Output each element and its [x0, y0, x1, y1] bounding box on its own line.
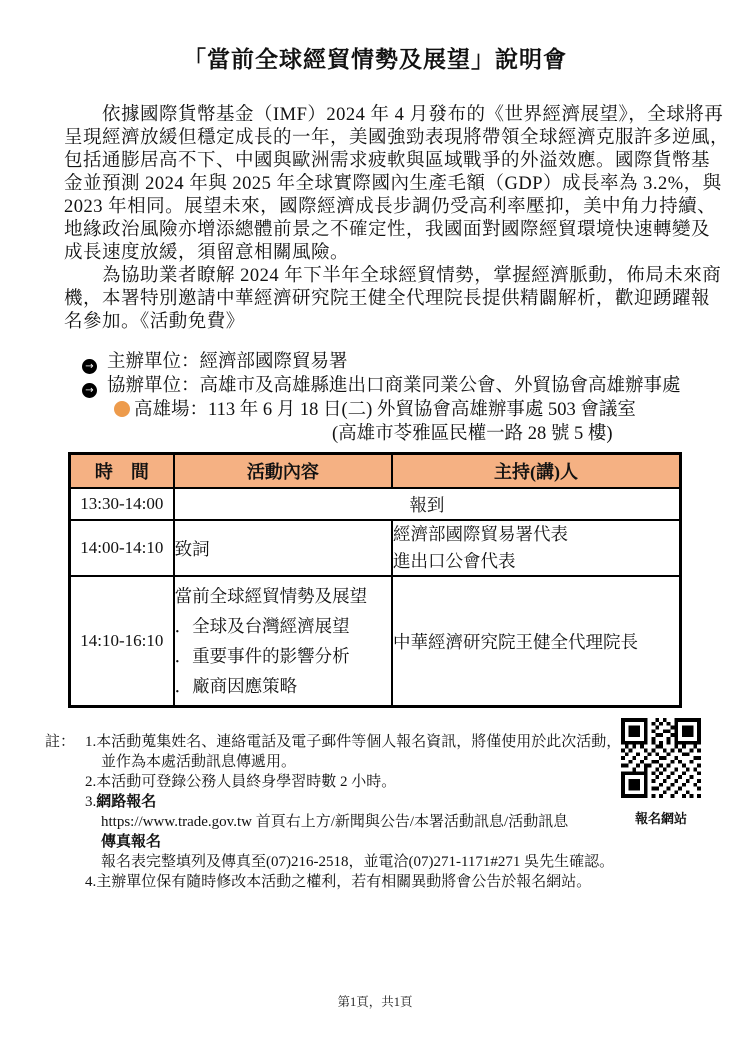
qr-label: 報名網站: [620, 808, 702, 827]
content-cell: 當前全球經貿情勢及展望 ．全球及台灣經濟展望 ．重要事件的影響分析 ．廠商因應策…: [174, 576, 392, 707]
page-title: 「當前全球經貿情勢及展望」說明會: [0, 0, 750, 76]
intro-paragraph: 依據國際貨幣基金（IMF）2024 年 4 月發布的《世界經濟展望》，全球將再 …: [64, 104, 688, 265]
agenda-row: 14:00-14:10 致詞 經濟部國際貿易署代表 進出口公會代表: [70, 520, 681, 576]
cohost-text: 協辦單位：高雄市及高雄縣進出口商業同業公會、外貿協會高雄辦事處: [107, 376, 681, 396]
qr-block: 報名網站: [620, 718, 702, 827]
paragraph-line: 地緣政治風險亦增添總體前景之不確定性，我國面對國際經貿環境快速轉變及: [64, 219, 688, 242]
speaker-cell: 中華經濟研究院王健全代理院長: [392, 576, 681, 707]
paragraph-line: 名參加。《活動免費》: [64, 311, 688, 334]
paragraph-line: 2023 年相同。展望未來，國際經濟成長步調仍受高利率壓抑，美中角力持續、: [64, 196, 688, 219]
note-line-1a: 1.本活動蒐集姓名、連絡電話及電子郵件等個人報名資訊，將僅使用於此次活動，: [85, 732, 705, 752]
content-cell: 致詞: [174, 520, 392, 576]
content-line: 當前全球經貿情勢及展望: [175, 581, 391, 611]
orange-dot-icon: [114, 401, 130, 417]
paragraph-line: 包括通膨居高不下、中國與歐洲需求疲軟與區域戰爭的外溢效應。國際貨幣基: [64, 150, 688, 173]
note-body: 1.本活動蒐集姓名、連絡電話及電子郵件等個人報名資訊，將僅使用於此次活動， 並作…: [85, 732, 705, 892]
speaker-line: 經濟部國際貿易署代表: [393, 521, 679, 548]
agenda-row: 14:10-16:10 當前全球經貿情勢及展望 ．全球及台灣經濟展望 ．重要事件…: [70, 576, 681, 707]
note-line-2: 2.本活動可登錄公務人員終身學習時數 2 小時。: [85, 772, 705, 792]
time-cell: 14:00-14:10: [70, 520, 174, 576]
note-line-1b: 並作為本處活動訊息傳遞用。: [85, 752, 705, 772]
document-body: 依據國際貨幣基金（IMF）2024 年 4 月發布的《世界經濟展望》，全球將再 …: [64, 104, 688, 708]
paragraph-line: 金並預測 2024 年與 2025 年全球實際國內生產毛額（GDP）成長率為 3…: [64, 173, 688, 196]
speaker-line: 進出口公會代表: [393, 548, 679, 575]
registration-url[interactable]: https://www.trade.gov.tw 首頁右上方/新聞與公告/本署活…: [85, 812, 705, 832]
agenda-header-time: 時 間: [70, 454, 174, 489]
page-footer: 第1頁，共1頁: [0, 992, 750, 1010]
merged-cell: 報到: [174, 488, 681, 520]
time-cell: 14:10-16:10: [70, 576, 174, 707]
content-line: ．重要事件的影響分析: [175, 641, 391, 671]
content-line: ．廠商因應策略: [175, 671, 391, 701]
note-line-4: 4.主辦單位保有隨時修改本活動之權利，若有相關異動將會公告於報名網站。: [85, 872, 705, 892]
speaker-cell: 經濟部國際貿易署代表 進出口公會代表: [392, 520, 681, 576]
agenda-header-speaker: 主持(講)人: [392, 454, 681, 489]
time-cell: 13:30-14:00: [70, 488, 174, 520]
note-line-3: 3.網路報名: [85, 792, 705, 812]
document-page: 「當前全球經貿情勢及展望」說明會 依據國際貨幣基金（IMF）2024 年 4 月…: [0, 0, 750, 1061]
paragraph-line: 機，本署特別邀請中華經濟研究院王健全代理院長提供精闢解析，歡迎踴躍報: [64, 288, 688, 311]
note-3-number: 3.: [85, 794, 96, 810]
paragraph-line: 成長速度放緩，須留意相關風險。: [64, 242, 688, 265]
note-label: 註：: [45, 732, 85, 892]
host-text: 主辦單位：經濟部國際貿易署: [107, 352, 348, 372]
info-cohost-line: →協辦單位：高雄市及高雄縣進出口商業同業公會、外貿協會高雄辦事處: [64, 374, 688, 398]
web-registration-title: 網路報名: [96, 794, 156, 810]
arrow-circle-icon: →: [82, 383, 97, 398]
paragraph-line: 呈現經濟放緩但穩定成長的一年，美國強勁表現將帶領全球經濟克服許多逆風，: [64, 127, 688, 150]
info-venue-line: 高雄場：113 年 6 月 18 日(二) 外貿協會高雄辦事處 503 會議室: [64, 398, 688, 422]
arrow-circle-icon: →: [82, 359, 97, 374]
invite-paragraph: 為協助業者瞭解 2024 年下半年全球經貿情勢，掌握經濟脈動，佈局未來商 機，本…: [64, 265, 688, 334]
agenda-row: 13:30-14:00 報到: [70, 488, 681, 520]
paragraph-line: 依據國際貨幣基金（IMF）2024 年 4 月發布的《世界經濟展望》，全球將再: [64, 104, 688, 127]
info-host-line: →主辦單位：經濟部國際貿易署: [64, 350, 688, 374]
agenda-header-row: 時 間 活動內容 主持(講)人: [70, 454, 681, 489]
paragraph-line: 為協助業者瞭解 2024 年下半年全球經貿情勢，掌握經濟脈動，佈局未來商: [64, 265, 688, 288]
notes-section: 註： 1.本活動蒐集姓名、連絡電話及電子郵件等個人報名資訊，將僅使用於此次活動，…: [45, 732, 705, 892]
content-line: ．全球及台灣經濟展望: [175, 611, 391, 641]
agenda-table: 時 間 活動內容 主持(講)人 13:30-14:00 報到 14:00-14:…: [68, 452, 682, 708]
info-list: →主辦單位：經濟部國際貿易署 →協辦單位：高雄市及高雄縣進出口商業同業公會、外貿…: [64, 350, 688, 446]
qr-code: [621, 718, 701, 798]
venue-text: 高雄場：113 年 6 月 18 日(二) 外貿協會高雄辦事處 503 會議室: [134, 400, 636, 420]
agenda-header-content: 活動內容: [174, 454, 392, 489]
fax-number-line: 報名表完整填列及傳真至(07)216-2518，並電洽(07)271-1171#…: [85, 852, 705, 872]
fax-registration-title: 傳真報名: [85, 832, 705, 852]
info-address-line: (高雄市苓雅區民權一路 28 號 5 樓): [64, 422, 688, 446]
